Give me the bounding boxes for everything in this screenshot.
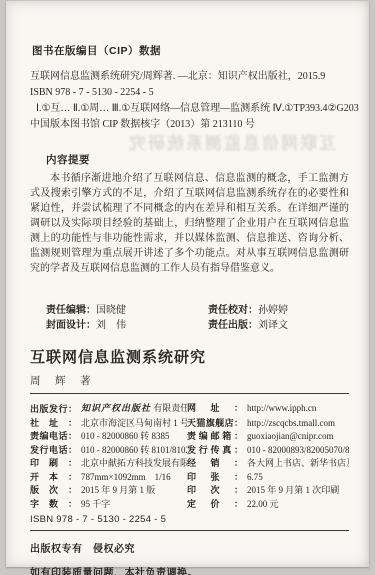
abstract-heading: 内容提要 xyxy=(30,152,349,167)
isbn-line: ISBN 978 - 7 - 5130 - 2254 - 5 xyxy=(30,513,349,527)
colophon-label: 天猫旗舰店： xyxy=(187,417,243,431)
colophon-value: 北京中献拓方科技发展有限公司 xyxy=(81,458,187,468)
colophon-label: 定价： xyxy=(187,498,243,512)
abstract-body: 本书循序渐进地介绍了互联网信息、信息监测的概念，手工监测方式及搜索引擎方式的不足… xyxy=(30,171,349,276)
credit-label: 责任编辑： xyxy=(46,305,96,316)
colophon-row: 开本：787mm×1092mm 1/16 印张：6.75 xyxy=(30,471,349,485)
cip-heading: 图书在版编目（CIP）数据 xyxy=(32,43,349,58)
colophon-label: 印刷： xyxy=(30,457,77,471)
colophon-value: 010 - 82000893/82005070/82000270 xyxy=(247,445,349,455)
scanned-book-page: 互联网信息监测系统研究 图书在版编目（CIP）数据 互联网信息监测系统研究/周辉… xyxy=(6,1,369,567)
colophon-row: 责编电话：010 - 82000860 转 8385 责编邮箱：guoxiaoj… xyxy=(30,430,349,444)
cip-block: 图书在版编目（CIP）数据 互联网信息监测系统研究/周辉著. —北京：知识产权出… xyxy=(30,43,349,133)
colophon-value: 22.00 元 xyxy=(247,499,279,509)
book-author: 周 辉 著 xyxy=(30,373,349,388)
credit-label: 封面设计： xyxy=(46,320,96,331)
cip-record-line: 中国版本图书馆 CIP 数据核字（2013）第 213110 号 xyxy=(30,117,349,133)
credit-value: 国晓健 xyxy=(96,305,126,316)
colophon-value: 95 千字 xyxy=(81,499,110,509)
publisher-suffix: 有限责任公司 xyxy=(153,403,187,413)
publisher-logotype: 知识产权出版社 xyxy=(81,404,151,414)
colophon-value: http://www.ipph.cn xyxy=(247,403,316,413)
colophon-row: 字数：95 千字 定价：22.00 元 xyxy=(30,498,349,512)
credit-value: 刘 伟 xyxy=(96,320,126,331)
book-title: 互联网信息监测系统研究 xyxy=(30,346,349,367)
colophon-label: 网址： xyxy=(187,402,243,416)
colophon-label: 版次： xyxy=(30,484,77,498)
cip-title-line: 互联网信息监测系统研究/周辉著. —北京：知识产权出版社，2015.9 xyxy=(30,69,349,85)
colophon-value: 北京市海淀区马甸南村 1 号 xyxy=(81,418,187,428)
colophon-value: 010 - 82000860 转 8385 xyxy=(81,431,170,441)
colophon-value: guoxiaojian@cnipr.com xyxy=(247,431,334,441)
colophon-value: 787mm×1092mm 1/16 xyxy=(81,472,171,482)
colophon-value: 2015 年 9 月第 1 版 xyxy=(81,485,155,495)
colophon-label: 字数： xyxy=(30,498,77,512)
credits-row: 封面设计：刘 伟 责任出版：刘译文 xyxy=(46,318,349,333)
colophon-value: 2015 年 9 月第 1 次印刷 xyxy=(247,485,339,495)
colophon-row: 发行电话：010 - 82000860 转 8101/8102 发行传真：010… xyxy=(30,444,349,458)
rights-notice: 出版权专有 侵权必究 xyxy=(30,540,349,555)
credit-value: 孙婷婷 xyxy=(258,305,288,316)
credit-value: 刘译文 xyxy=(258,320,288,331)
colophon-label: 责编邮箱： xyxy=(187,430,243,444)
cip-classification-line: Ⅰ.①互… Ⅱ.①周… Ⅲ.①互联网络—信息管理—监测系统 Ⅳ.①TP393.4… xyxy=(30,101,349,117)
divider-rule-top xyxy=(30,393,349,394)
credit-label: 责任校对： xyxy=(208,305,258,316)
quality-notice: 如有印装质量问题，本社负责调换。 xyxy=(30,564,349,575)
colophon-value: http://zscqcbs.tmall.com xyxy=(247,418,335,428)
colophon-label: 开本： xyxy=(30,471,77,485)
credits-section: 责任编辑：国晓健 责任校对：孙婷婷 封面设计：刘 伟 责任出版：刘译文 xyxy=(30,303,349,333)
abstract-section: 内容提要 本书循序渐进地介绍了互联网信息、信息监测的概念，手工监测方式及搜索引擎… xyxy=(30,152,349,276)
colophon-value: 6.75 xyxy=(247,472,263,482)
colophon-row: 出版发行：知识产权出版社 有限责任公司 网址：http://www.ipph.c… xyxy=(30,402,349,417)
colophon-label: 印次： xyxy=(187,484,243,498)
credit-label: 责任出版： xyxy=(208,320,258,331)
colophon-label: 责编电话： xyxy=(30,430,77,444)
colophon-section: 出版发行：知识产权出版社 有限责任公司 网址：http://www.ipph.c… xyxy=(30,402,349,527)
colophon-label: 经销： xyxy=(187,457,243,471)
colophon-label: 发行传真： xyxy=(187,444,243,458)
colophon-value: 010 - 82000860 转 8101/8102 xyxy=(81,445,187,455)
colophon-label: 发行电话： xyxy=(30,444,77,458)
colophon-row: 社址：北京市海淀区马甸南村 1 号 天猫旗舰店：http://zscqcbs.t… xyxy=(30,417,349,431)
colophon-label: 社址： xyxy=(30,417,77,431)
colophon-value: 各大网上书店、新华书店及相关专业书店 xyxy=(247,458,349,468)
colophon-label: 印张： xyxy=(187,471,243,485)
page-content: 图书在版编目（CIP）数据 互联网信息监测系统研究/周辉著. —北京：知识产权出… xyxy=(30,1,349,575)
credits-row: 责任编辑：国晓健 责任校对：孙婷婷 xyxy=(46,303,349,318)
colophon-row: 版次：2015 年 9 月第 1 版 印次：2015 年 9 月第 1 次印刷 xyxy=(30,484,349,498)
cip-isbn-line: ISBN 978 - 7 - 5130 - 2254 - 5 xyxy=(30,85,349,101)
colophon-row: 印刷：北京中献拓方科技发展有限公司 经销：各大网上书店、新华书店及相关专业书店 xyxy=(30,457,349,471)
colophon-label: 出版发行： xyxy=(30,403,77,417)
divider-rule-bottom xyxy=(30,530,349,531)
